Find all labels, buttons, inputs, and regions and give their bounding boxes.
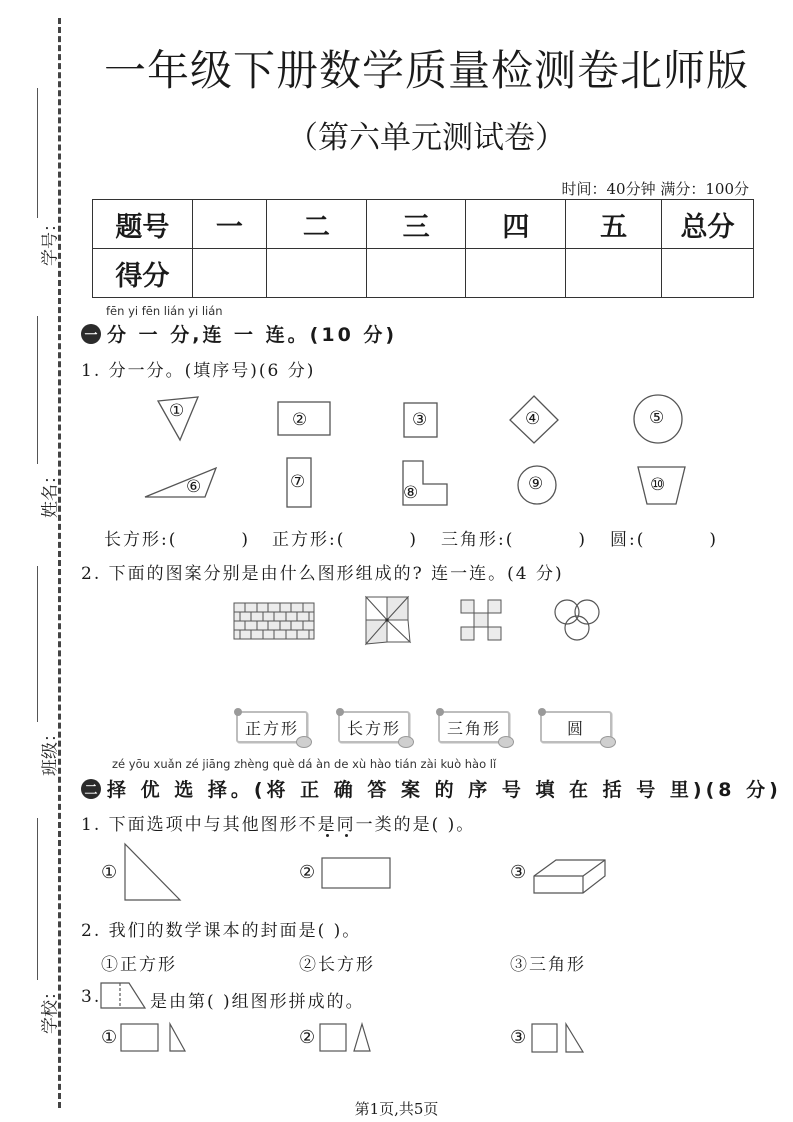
option-label[interactable]: ② <box>299 1027 315 1048</box>
option-label[interactable]: ③ <box>510 1027 526 1048</box>
right-triangle-piece-icon <box>170 1024 185 1051</box>
q2-3-figures <box>0 0 793 1122</box>
square-piece-icon <box>320 1024 346 1051</box>
right-triangle-piece-icon <box>566 1024 583 1052</box>
trapezoid-composite-icon <box>101 983 145 1008</box>
option-label[interactable]: ① <box>101 1027 117 1048</box>
square-piece-icon <box>532 1024 557 1052</box>
rectangle-piece-icon <box>121 1024 158 1051</box>
question-2-3-text: 是由第( )组图形拼成的。 <box>150 987 365 1012</box>
isosceles-triangle-piece-icon <box>354 1024 370 1051</box>
page-number: 第1页,共5页 <box>0 1098 793 1119</box>
